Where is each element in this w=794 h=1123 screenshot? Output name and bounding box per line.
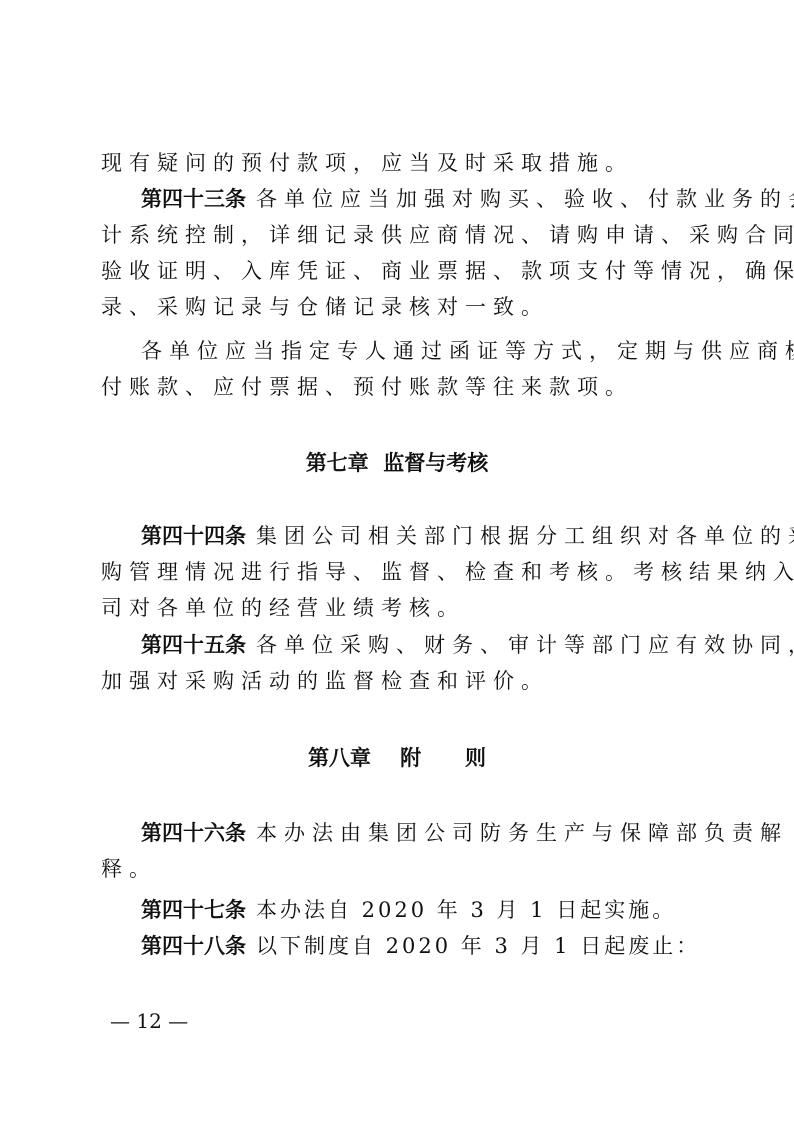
page-number: — 12 — [110, 1006, 188, 1036]
paragraph-line: 各单位应当指定专人通过函证等方式，定期与供应商核对应 [141, 336, 701, 366]
document-page: 现有疑问的预付款项，应当及时采取措施。 第四十三条各单位应当加强对购买、验收、付… [0, 0, 794, 1123]
paragraph-line: 购管理情况进行指导、监督、检查和考核。考核结果纳入集团公 [101, 557, 701, 587]
chapter-7-heading: 第七章 监督与考核 [0, 448, 794, 478]
paragraph-line: 验收证明、入库凭证、商业票据、款项支付等情况，确保会计记 [101, 256, 701, 286]
paragraph-line: 计系统控制，详细记录供应商情况、请购申请、采购合同、采购 [101, 220, 701, 250]
article-text: 本办法由集团公司防务生产与保障部负责解 [256, 821, 788, 845]
article-label: 第四十七条 [141, 898, 246, 922]
paragraph-line: 现有疑问的预付款项，应当及时采取措施。 [101, 148, 701, 178]
paragraph-line: 司对各单位的经营业绩考核。 [101, 593, 701, 623]
article-45-line: 第四十五条各单位采购、财务、审计等部门应有效协同， [141, 630, 701, 660]
article-label: 第四十五条 [141, 633, 246, 657]
article-47-line: 第四十七条本办法自 2020 年 3 月 1 日起实施。 [141, 895, 701, 925]
article-48-line: 第四十八条以下制度自 2020 年 3 月 1 日起废止： [141, 931, 701, 961]
article-text: 各单位应当加强对购买、验收、付款业务的会 [256, 187, 794, 211]
paragraph-line: 释。 [101, 854, 701, 884]
article-label: 第四十三条 [141, 187, 246, 211]
article-43-line: 第四十三条各单位应当加强对购买、验收、付款业务的会 [141, 184, 701, 214]
article-44-line: 第四十四条集团公司相关部门根据分工组织对各单位的采 [141, 521, 701, 551]
paragraph-line: 录、采购记录与仓储记录核对一致。 [101, 292, 701, 322]
paragraph-line: 付账款、应付票据、预付账款等往来款项。 [101, 372, 701, 402]
paragraph-line: 加强对采购活动的监督检查和评价。 [101, 666, 701, 696]
article-46-line: 第四十六条本办法由集团公司防务生产与保障部负责解 [141, 818, 701, 848]
chapter-8-heading: 第八章 附 则 [0, 743, 794, 773]
article-text: 集团公司相关部门根据分工组织对各单位的采 [256, 524, 794, 548]
article-label: 第四十六条 [141, 821, 246, 845]
article-text: 各单位采购、财务、审计等部门应有效协同， [256, 633, 794, 657]
article-text: 以下制度自 2020 年 3 月 1 日起废止： [256, 934, 700, 958]
article-label: 第四十四条 [141, 524, 246, 548]
article-label: 第四十八条 [141, 934, 246, 958]
article-text: 本办法自 2020 年 3 月 1 日起实施。 [256, 898, 676, 922]
